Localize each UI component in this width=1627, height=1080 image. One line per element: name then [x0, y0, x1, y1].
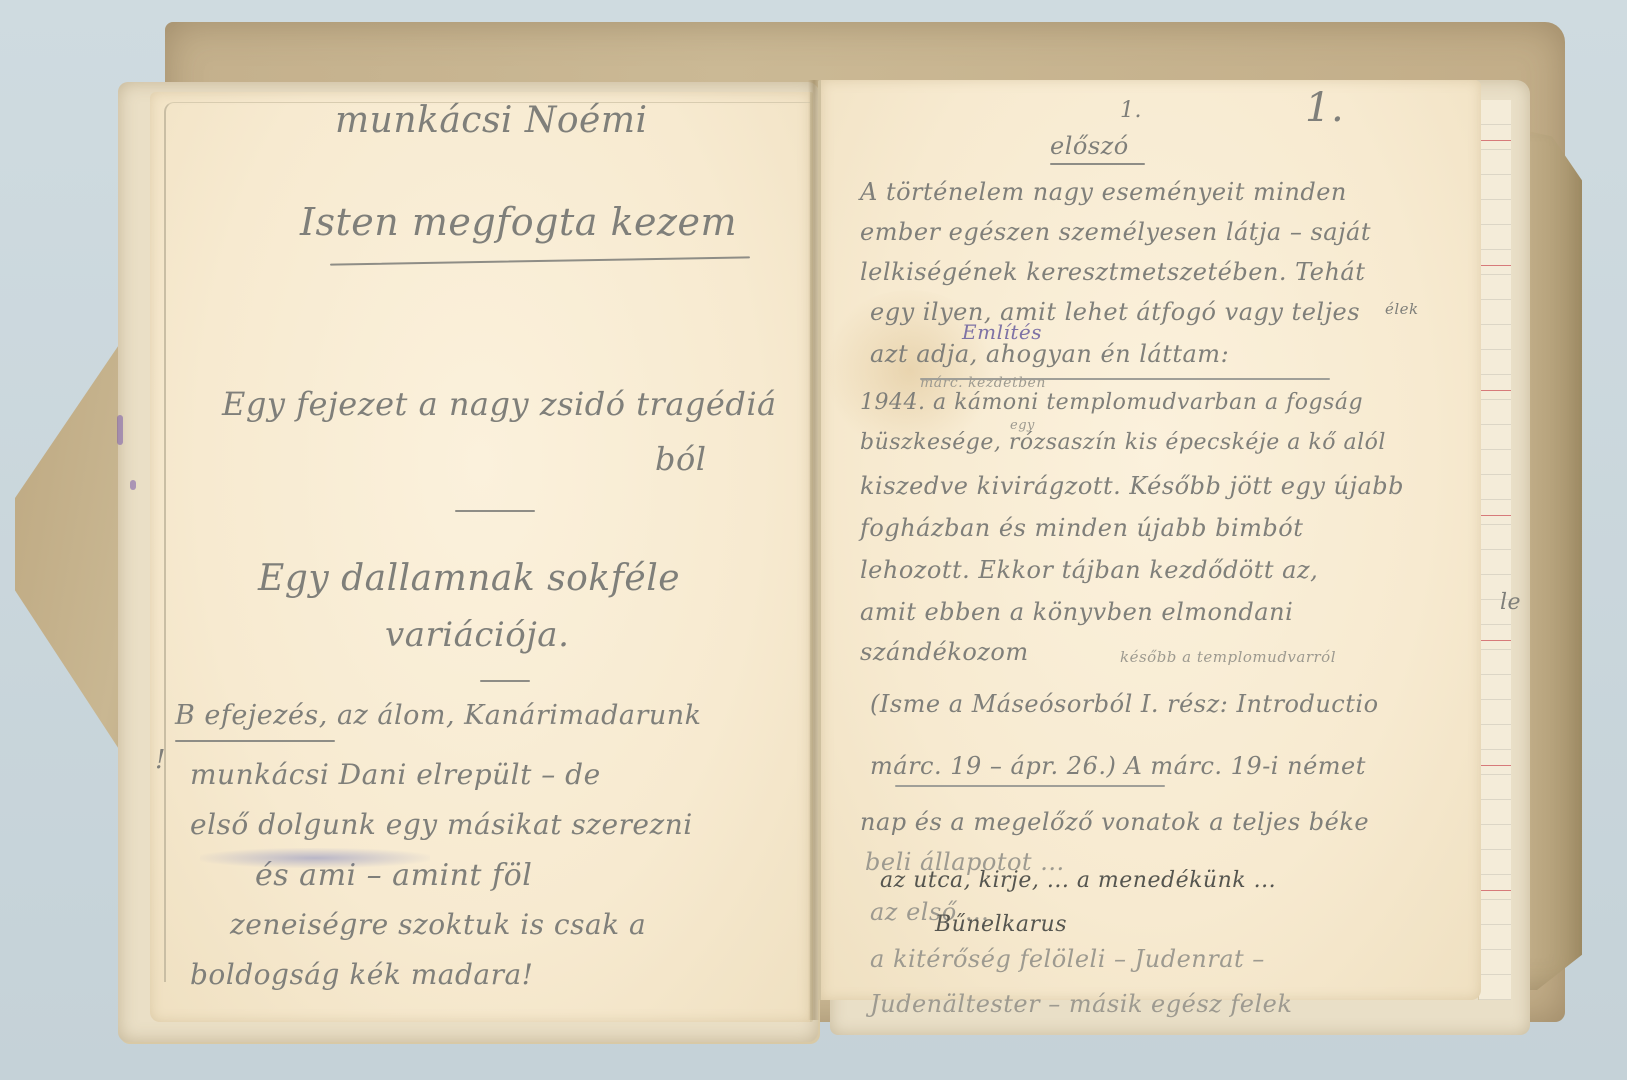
red-rule [1479, 765, 1511, 766]
body-line: ember egészen személyesen látja – saját [860, 218, 1371, 246]
red-rule [1479, 515, 1511, 516]
red-rule [1479, 390, 1511, 391]
body-line: lehozott. Ekkor tájban kezdődött az, [860, 556, 1318, 584]
body-line: B efejezés, az álom, Kanárimadarunk [175, 700, 702, 731]
body-line: Judenältester – másik egész felek [870, 990, 1292, 1018]
subtitle2-line-2: variációja. [385, 615, 569, 655]
heading-number: 1. [1120, 98, 1142, 123]
body-line: nap és a megelőző vonatok a teljes béke [860, 808, 1369, 836]
body-line: a kitérőség felöleli – Judenrat – [870, 945, 1265, 973]
red-rule [1479, 265, 1511, 266]
author-line: munkácsi Noémi [335, 100, 648, 141]
body-line: zeneiségre szoktuk is csak a [230, 908, 646, 941]
body-line: lelkiségének keresztmetszetében. Tehát [860, 258, 1365, 286]
interlinear-note: élek [1385, 300, 1419, 318]
body-line: A történelem nagy eseményeit minden [860, 178, 1347, 206]
section-dash [455, 510, 535, 512]
red-rule [1479, 140, 1511, 141]
purple-ink-mark [117, 415, 123, 445]
subtitle-line-1: Egy fejezet a nagy zsidó tragédiá [222, 385, 777, 423]
scanned-notebook: munkácsi Noémi Isten megfogta kezem Egy … [0, 0, 1627, 1080]
interlinear-note: márc. kezdetben [920, 375, 1046, 391]
body-line: amit ebben a könyvben elmondani [860, 598, 1293, 626]
body-line: fogházban és minden újabb bimbót [860, 514, 1303, 542]
red-rule [1479, 640, 1511, 641]
subtitle2-line-1: Egy dallamnak sokféle [258, 558, 680, 599]
body-line: (Isme a Máseósorból I. rész: Introductio [870, 690, 1379, 718]
body-line: kiszedve kivirágzott. Később jött egy új… [860, 472, 1404, 500]
heading: előszó [1050, 132, 1129, 160]
date-underline [895, 785, 1165, 787]
body-line: egy ilyen, amit lehet átfogó vagy teljes [870, 298, 1360, 326]
book-title: Isten megfogta kezem [300, 200, 737, 244]
page-number: 1. [1305, 85, 1344, 131]
margin-exclamation: ! [155, 745, 166, 775]
body-line: büszkesége, rózsaszín kis épecskéje a kő… [860, 430, 1386, 455]
section-dash [480, 680, 530, 682]
purple-ink-mark [130, 480, 136, 490]
subtitle-line-2: ból [655, 440, 706, 478]
body-line: 1944. a kámoni templomudvarban a fogság [860, 390, 1363, 415]
ruled-paper-edge [1478, 100, 1511, 1000]
interlinear-note: később a templomudvarról [1120, 648, 1336, 666]
body-line: munkácsi Dani elrepült – de [190, 758, 601, 791]
body-line: szándékozom [860, 638, 1029, 666]
overwritten-line: az utca, kirje, ... a menedékünk ... [880, 868, 1276, 893]
red-rule [1479, 890, 1511, 891]
body-line: azt adja, ahogyan én láttam: [870, 340, 1229, 368]
interlinear-note: Bűnelkarus [935, 912, 1067, 937]
body-line: boldogság kék madara! [190, 958, 533, 991]
heading-underline [1050, 163, 1145, 165]
body-underline [175, 740, 335, 742]
body-line: márc. 19 – ápr. 26.) A márc. 19-i német [870, 752, 1366, 780]
body-line: első dolgunk egy másikat szerezni [190, 808, 693, 841]
margin-note: le [1500, 590, 1521, 615]
blue-smudge [200, 848, 430, 868]
